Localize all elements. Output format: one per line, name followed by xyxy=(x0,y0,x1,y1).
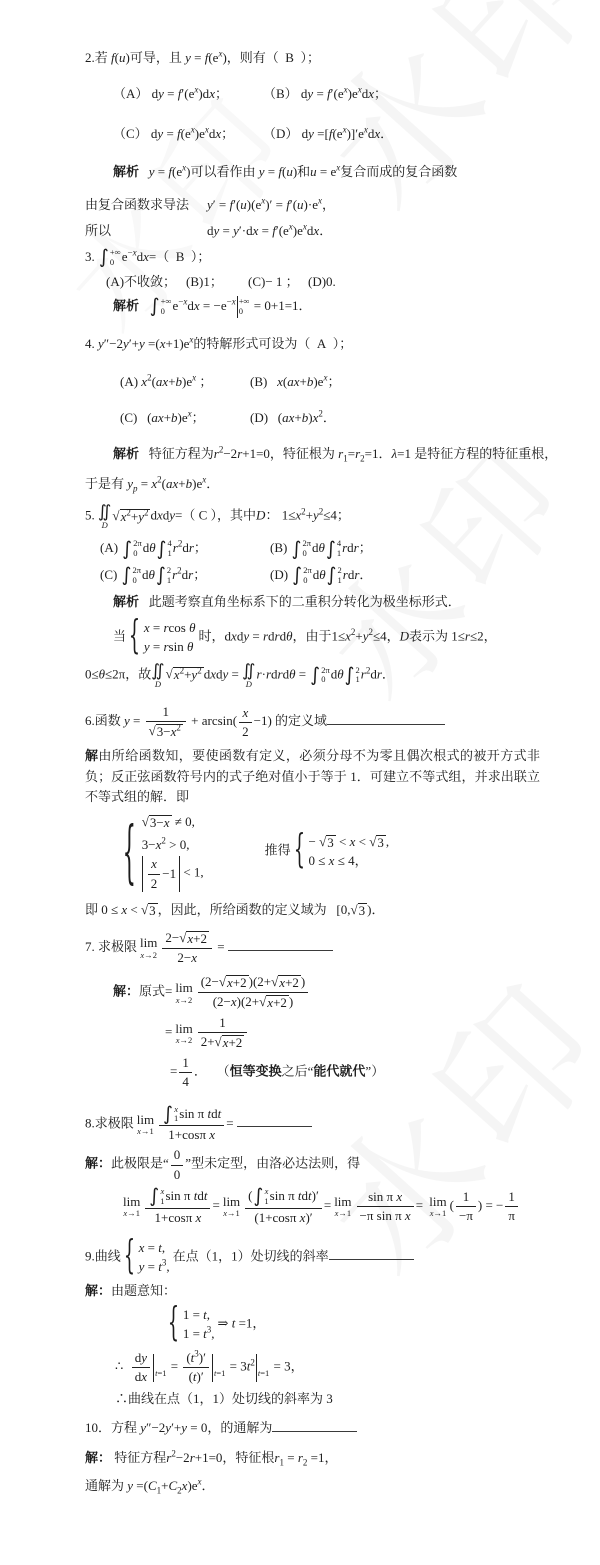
q3-stem: 3. ∫+∞0e−xdx=（ B ）； xyxy=(85,247,570,268)
q2-so-label: 所以 xyxy=(85,221,207,241)
q5-option-c: (C) ∫2π0dθ∫21r2dr； xyxy=(100,565,270,586)
q4-option-b: (B) x(ax+b)ex； xyxy=(250,372,340,392)
q9-conclusion: ∴曲线在点（1，1）处切线的斜率为 3 xyxy=(115,1389,570,1409)
q4-analysis: 解析 特征方程为r2−2r+1=0，特征根为 r1=r2=1．λ=1 是特征方程… xyxy=(113,444,570,464)
question-10: 10．方程 y″−2y′+y = 0，的通解为 解： 特征方程r2−2r+1=0… xyxy=(85,1418,570,1496)
q6-stem: 6.函数 y = 13−x2 + arcsin(x2−1) 的定义域 xyxy=(85,704,570,740)
q2-options-row-2: （C） dy = f(ex)exdx； （D） dy =[f(ex)]′exdx… xyxy=(113,124,570,144)
q3-options-row: (A)不收敛； (B)1； (C)− 1 ； (D)0. xyxy=(106,272,570,292)
q4-options-row-1: (A) x2(ax+b)ex ； (B) x(ax+b)ex； xyxy=(120,372,570,392)
q10-solution-1: 解： 特征方程r2−2r+1=0，特征根r1 = r2 =1， xyxy=(85,1448,570,1468)
q2-derivation-row: 由复合函数求导法 y′ = f′(u)(ex)′ = f′(u)·ex， xyxy=(85,195,570,215)
q4-option-d: (D) (ax+b)x2． xyxy=(250,408,336,428)
q9-solution-intro: 解：由题意知： xyxy=(85,1281,570,1301)
q7-stem: 7. 求极限limx→22−x+22−x = xyxy=(85,930,570,966)
q4-stem: 4. y″−2y′+y =(x+1)ex的特解形式可设为（ A ）； xyxy=(85,334,570,354)
q6-cases-row: {3−x ≠ 0,3−x2 > 0,x2−1 < 1, 推得{− 3 < x <… xyxy=(120,811,570,892)
question-8: 8.求极限limx→1∫x1sin π tdt1+cosπ x= 解：此极限是“… xyxy=(85,1105,570,1226)
q5-analysis-2: 当{x = rcos θy = rsin θ时，dxdy = rdrdθ，由于1… xyxy=(113,618,570,657)
q2-option-b: （B） dy = f′(ex)exdx； xyxy=(263,84,387,104)
question-4: 4. y″−2y′+y =(x+1)ex的特解形式可设为（ A ）； (A) x… xyxy=(85,334,570,495)
q6-cases-left: {3−x ≠ 0,3−x2 > 0,x2−1 < 1, xyxy=(120,811,207,892)
q7-solution-step-1: 解：原式=limx→2(2−x+2)(2+x+2)(2−x)(2+x+2) xyxy=(113,974,570,1011)
document-page: 水印 水印 水印 水印 2.若 f(u)可导，且 y = f(ex)，则有（ B… xyxy=(0,0,600,1565)
q2-derivation-formula: y′ = f′(u)(ex)′ = f′(u)·ex， xyxy=(207,195,335,215)
q2-option-a: （A） dy = f′(ex)dx； xyxy=(113,84,263,104)
q10-stem: 10．方程 y″−2y′+y = 0，的通解为 xyxy=(85,1418,570,1438)
q4-option-a: (A) x2(ax+b)ex ； xyxy=(120,372,250,392)
q4-options-row-2: (C) (ax+b)ex； (D) (ax+b)x2． xyxy=(120,408,570,428)
q5-options-row-1: (A) ∫2π0dθ∫41r2dr； (B) ∫2π0dθ∫41rdr； xyxy=(100,538,570,559)
q9-system: {1 = t,1 = t3,⇒ t =1， xyxy=(165,1305,570,1344)
question-7: 7. 求极限limx→22−x+22−x = 解：原式=limx→2(2−x+2… xyxy=(85,930,570,1091)
q3-option-a: (A)不收敛； xyxy=(106,272,186,292)
q5-analysis-3: 0≤θ≤2π，故∬Dx2+y2dxdy = ∬Dr·rdrdθ = ∫2π0dθ… xyxy=(85,663,570,689)
q5-option-d: (D) ∫2π0dθ∫21rdr． xyxy=(270,565,372,586)
q8-solution-chain: limx→1∫x1sin π tdt1+cosπ x=limx→1(∫x1sin… xyxy=(120,1187,570,1226)
q9-stem: 9.曲线{x = t,y = t3,在点（1，1）处切线的斜率 xyxy=(85,1238,570,1277)
q5-analysis-1: 解析 此题考察直角坐标系下的二重积分转化为极坐标形式． xyxy=(113,592,570,612)
q6-cases-right: 推得{− 3 < x < 3,0 ≤ x ≤ 4， xyxy=(265,832,392,871)
q2-options-row-1: （A） dy = f′(ex)dx； （B） dy = f′(ex)exdx； xyxy=(113,84,570,104)
q6-solution-paragraph: 解由所给函数知，要使函数有定义，必须分母不为零且偶次根式的被开方式非负；反正弦函… xyxy=(85,746,540,806)
q2-conclusion-row: 所以 dy = y′·dx = f′(ex)exdx． xyxy=(85,221,570,241)
q3-option-d: (D)0. xyxy=(308,272,336,292)
q5-option-a: (A) ∫2π0dθ∫41r2dr； xyxy=(100,538,270,559)
q5-stem: 5. ∬Dx2+y2dxdy=（ C ），其中D： 1≤x2+y2≤4； xyxy=(85,504,570,530)
q2-so-formula: dy = y′·dx = f′(ex)exdx． xyxy=(207,221,332,241)
q2-stem: 2.若 f(u)可导，且 y = f(ex)，则有（ B ）； xyxy=(85,48,570,68)
q3-option-c: (C)− 1 ； xyxy=(248,272,308,292)
q10-solution-2: 通解为 y =(C1+C2x)ex． xyxy=(85,1476,570,1496)
q6-conclusion: 即 0 ≤ x < 3，因此，所给函数的定义域为 [0,3)． xyxy=(85,900,570,920)
question-6: 6.函数 y = 13−x2 + arcsin(x2−1) 的定义域 解由所给函… xyxy=(85,704,570,920)
q8-stem: 8.求极限limx→1∫x1sin π tdt1+cosπ x= xyxy=(85,1105,570,1144)
question-5: 5. ∬Dx2+y2dxdy=（ C ），其中D： 1≤x2+y2≤4； (A)… xyxy=(85,504,570,688)
q3-option-b: (B)1； xyxy=(186,272,248,292)
q2-analysis: 解析 y = f(ex)可以看作由 y = f(u)和u = ex复合而成的复合… xyxy=(113,162,570,182)
q2-derivation-label: 由复合函数求导法 xyxy=(85,195,207,215)
q9-derivative: ∴ dydxt=1 = (t3)′(t)′t=1 = 3t2t=1 = 3， xyxy=(115,1350,570,1386)
q4-conclusion: 于是有 yp = x2(ax+b)ex． xyxy=(85,474,570,494)
q3-analysis: 解析 ∫+∞0e−xdx = −e−x+∞0 = 0+1=1． xyxy=(113,296,570,318)
solutions-content: 2.若 f(u)可导，且 y = f(ex)，则有（ B ）； （A） dy =… xyxy=(0,0,600,1496)
q2-option-d: （D） dy =[f(ex)]′exdx． xyxy=(263,124,393,144)
q5-options-row-2: (C) ∫2π0dθ∫21r2dr； (D) ∫2π0dθ∫21rdr． xyxy=(100,565,570,586)
q7-solution-step-3: =14． （恒等变换之后“能代就代”） xyxy=(170,1055,570,1091)
question-2: 2.若 f(u)可导，且 y = f(ex)，则有（ B ）； （A） dy =… xyxy=(85,48,570,241)
question-9: 9.曲线{x = t,y = t3,在点（1，1）处切线的斜率 解：由题意知： … xyxy=(85,1238,570,1410)
q8-solution-intro: 解：此极限是“00”型未定型，由洛必达法则，得 xyxy=(85,1147,570,1183)
q2-option-c: （C） dy = f(ex)exdx； xyxy=(113,124,263,144)
q4-option-c: (C) (ax+b)ex； xyxy=(120,408,250,428)
q5-option-b: (B) ∫2π0dθ∫41rdr； xyxy=(270,538,372,559)
question-3: 3. ∫+∞0e−xdx=（ B ）； (A)不收敛； (B)1； (C)− 1… xyxy=(85,247,570,318)
q7-solution-step-2: =limx→212+x+2 xyxy=(165,1015,570,1051)
